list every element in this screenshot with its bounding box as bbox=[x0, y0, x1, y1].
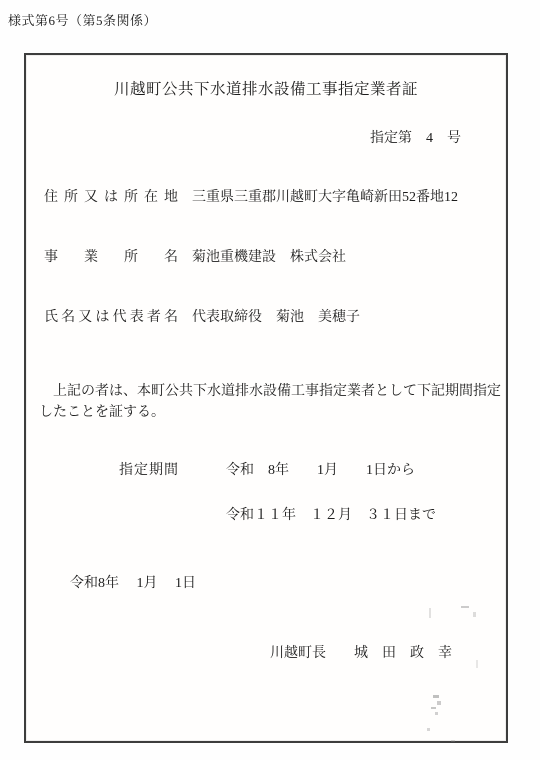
certification-statement: 上記の者は、本町公共下水道排水設備工事指定業者として下記期間指定 したことを証す… bbox=[39, 381, 501, 423]
designation-period-from: 令和 8年 1月 1日から bbox=[226, 459, 415, 479]
representative-label: 氏名又は代表者名 bbox=[44, 306, 178, 326]
business-name-value: 菊池重機建設 株式会社 bbox=[192, 246, 346, 266]
field-row-address: 住所又は所在地 三重県三重郡川越町大字亀崎新田52番地12 bbox=[44, 186, 178, 206]
designation-period-label: 指定期間 bbox=[119, 459, 179, 479]
scanned-certificate-page: 様式第6号（第5条関係） 川越町公共下水道排水設備工事指定業者証 指定第 4 号… bbox=[0, 0, 540, 760]
field-row-business-name: 事業所名 菊池重機建設 株式会社 bbox=[44, 246, 178, 266]
mayor-signature: 川越町長 城 田 政 幸 bbox=[270, 642, 452, 662]
form-number: 様式第6号（第5条関係） bbox=[8, 10, 157, 29]
issue-date: 令和8年 1月 1日 bbox=[70, 572, 196, 592]
certification-statement-line-2: したことを証する。 bbox=[39, 402, 501, 423]
address-label: 住所又は所在地 bbox=[44, 186, 178, 206]
representative-value: 代表取締役 菊池 美穂子 bbox=[192, 306, 360, 326]
certificate-title: 川越町公共下水道排水設備工事指定業者証 bbox=[26, 77, 506, 99]
designation-period-to: 令和１１年 １２月 ３１日まで bbox=[226, 504, 436, 524]
field-row-representative: 氏名又は代表者名 代表取締役 菊池 美穂子 bbox=[44, 306, 178, 326]
business-name-label: 事業所名 bbox=[44, 246, 178, 266]
designation-number: 指定第 4 号 bbox=[370, 127, 461, 147]
address-value: 三重県三重郡川越町大字亀崎新田52番地12 bbox=[192, 186, 458, 206]
certificate-border-box: 川越町公共下水道排水設備工事指定業者証 指定第 4 号 住所又は所在地 三重県三… bbox=[24, 53, 508, 743]
certification-statement-line-1: 上記の者は、本町公共下水道排水設備工事指定業者として下記期間指定 bbox=[39, 381, 501, 402]
